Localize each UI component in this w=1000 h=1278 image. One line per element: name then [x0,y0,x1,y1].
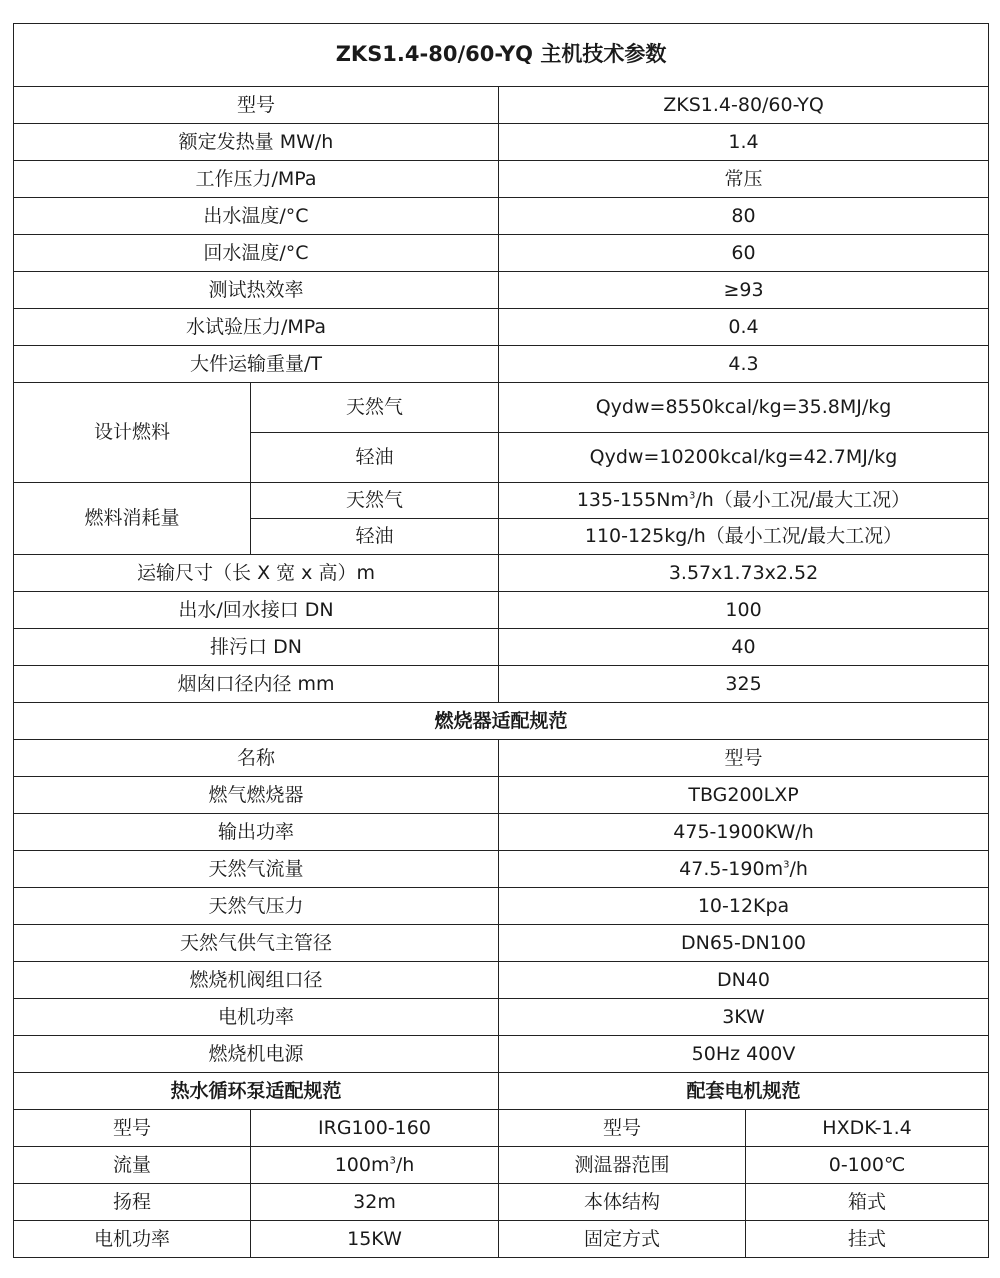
table-row: 扬程 32m 本体结构 箱式 [14,1184,989,1221]
section-title-burner: 燃烧器适配规范 [14,703,989,740]
pump-value: 100m3/h [251,1147,499,1184]
motor-value: HXDK-1.4 [746,1110,989,1147]
pump-motor-section-row: 热水循环泵适配规范 配套电机规范 [14,1073,989,1110]
pump-value: 15KW [251,1221,499,1258]
param-value: 80 [499,198,989,235]
param-label: 水试验压力/MPa [14,309,499,346]
burner-label: 燃烧机电源 [14,1036,499,1073]
burner-value: 50Hz 400V [499,1036,989,1073]
burner-label: 输出功率 [14,814,499,851]
column-header-model: 型号 [499,740,989,777]
param-label: 烟囱口径内径 mm [14,666,499,703]
burner-value: 3KW [499,999,989,1036]
section-title-pump: 热水循环泵适配规范 [14,1073,499,1110]
param-label: 出水/回水接口 DN [14,592,499,629]
pump-label: 扬程 [14,1184,251,1221]
fuel-type: 轻油 [251,433,499,483]
burner-label: 天然气压力 [14,888,499,925]
param-label: 型号 [14,87,499,124]
burner-label: 燃气燃烧器 [14,777,499,814]
table-row: 型号ZKS1.4-80/60-YQ [14,87,989,124]
consumption-value: 110-125kg/h（最小工况/最大工况） [499,519,989,555]
param-value: ZKS1.4-80/60-YQ [499,87,989,124]
burner-label: 天然气流量 [14,851,499,888]
table-title-row: ZKS1.4-80/60-YQ 主机技术参数 [14,24,989,87]
table-row: 天然气流量47.5-190m3/h [14,851,989,888]
fuel-value: Qydw=8550kcal/kg=35.8MJ/kg [499,383,989,433]
param-label: 运输尺寸（长 X 宽 x 高）m [14,555,499,592]
spec-table: ZKS1.4-80/60-YQ 主机技术参数 型号ZKS1.4-80/60-YQ… [13,23,989,1258]
fuel-consumption-label: 燃料消耗量 [14,483,251,555]
pump-value: IRG100-160 [251,1110,499,1147]
motor-label: 固定方式 [499,1221,746,1258]
fuel-value: Qydw=10200kcal/kg=42.7MJ/kg [499,433,989,483]
param-value: 3.57x1.73x2.52 [499,555,989,592]
param-label: 工作压力/MPa [14,161,499,198]
fuel-type: 轻油 [251,519,499,555]
burner-section-row: 燃烧器适配规范 [14,703,989,740]
burner-value: DN40 [499,962,989,999]
param-value: 4.3 [499,346,989,383]
param-value: 40 [499,629,989,666]
table-row: 出水/回水接口 DN100 [14,592,989,629]
design-fuel-label: 设计燃料 [14,383,251,483]
param-label: 大件运输重量/T [14,346,499,383]
table-row: 工作压力/MPa常压 [14,161,989,198]
param-value: 325 [499,666,989,703]
burner-value: DN65-DN100 [499,925,989,962]
param-value: 60 [499,235,989,272]
pump-value: 32m [251,1184,499,1221]
column-header-name: 名称 [14,740,499,777]
table-row: 电机功率 15KW 固定方式 挂式 [14,1221,989,1258]
table-row: 排污口 DN40 [14,629,989,666]
table-row: 输出功率475-1900KW/h [14,814,989,851]
motor-value: 挂式 [746,1221,989,1258]
consumption-value: 135-155Nm3/h（最小工况/最大工况） [499,483,989,519]
burner-value: 47.5-190m3/h [499,851,989,888]
param-value: ≥93 [499,272,989,309]
pump-label: 流量 [14,1147,251,1184]
burner-label: 燃烧机阀组口径 [14,962,499,999]
fuel-type: 天然气 [251,383,499,433]
param-value: 1.4 [499,124,989,161]
table-row: 设计燃料 天然气 Qydw=8550kcal/kg=35.8MJ/kg [14,383,989,433]
param-value: 100 [499,592,989,629]
burner-value: 475-1900KW/h [499,814,989,851]
motor-label: 型号 [499,1110,746,1147]
motor-label: 本体结构 [499,1184,746,1221]
table-row: 运输尺寸（长 X 宽 x 高）m3.57x1.73x2.52 [14,555,989,592]
param-value: 常压 [499,161,989,198]
motor-value: 0-100℃ [746,1147,989,1184]
burner-value: 10-12Kpa [499,888,989,925]
pump-label: 电机功率 [14,1221,251,1258]
table-row: 大件运输重量/T4.3 [14,346,989,383]
table-row: 电机功率3KW [14,999,989,1036]
pump-label: 型号 [14,1110,251,1147]
table-row: 燃烧机电源50Hz 400V [14,1036,989,1073]
table-row: 型号 IRG100-160 型号 HXDK-1.4 [14,1110,989,1147]
table-row: 燃烧机阀组口径DN40 [14,962,989,999]
table-row: 燃料消耗量 天然气 135-155Nm3/h（最小工况/最大工况） [14,483,989,519]
motor-value: 箱式 [746,1184,989,1221]
table-row: 烟囱口径内径 mm325 [14,666,989,703]
table-row: 天然气供气主管径DN65-DN100 [14,925,989,962]
table-row: 出水温度/°C80 [14,198,989,235]
param-label: 出水温度/°C [14,198,499,235]
table-row: 额定发热量 MW/h1.4 [14,124,989,161]
table-row: 水试验压力/MPa0.4 [14,309,989,346]
table-row: 燃气燃烧器TBG200LXP [14,777,989,814]
table-title: ZKS1.4-80/60-YQ 主机技术参数 [14,24,989,87]
param-value: 0.4 [499,309,989,346]
param-label: 排污口 DN [14,629,499,666]
table-row: 流量 100m3/h 测温器范围 0-100℃ [14,1147,989,1184]
table-header-row: 名称 型号 [14,740,989,777]
table-row: 天然气压力10-12Kpa [14,888,989,925]
table-row: 回水温度/°C60 [14,235,989,272]
param-label: 额定发热量 MW/h [14,124,499,161]
burner-label: 电机功率 [14,999,499,1036]
burner-label: 天然气供气主管径 [14,925,499,962]
param-label: 回水温度/°C [14,235,499,272]
section-title-motor: 配套电机规范 [499,1073,989,1110]
param-label: 测试热效率 [14,272,499,309]
motor-label: 测温器范围 [499,1147,746,1184]
table-row: 测试热效率≥93 [14,272,989,309]
fuel-type: 天然气 [251,483,499,519]
burner-value: TBG200LXP [499,777,989,814]
